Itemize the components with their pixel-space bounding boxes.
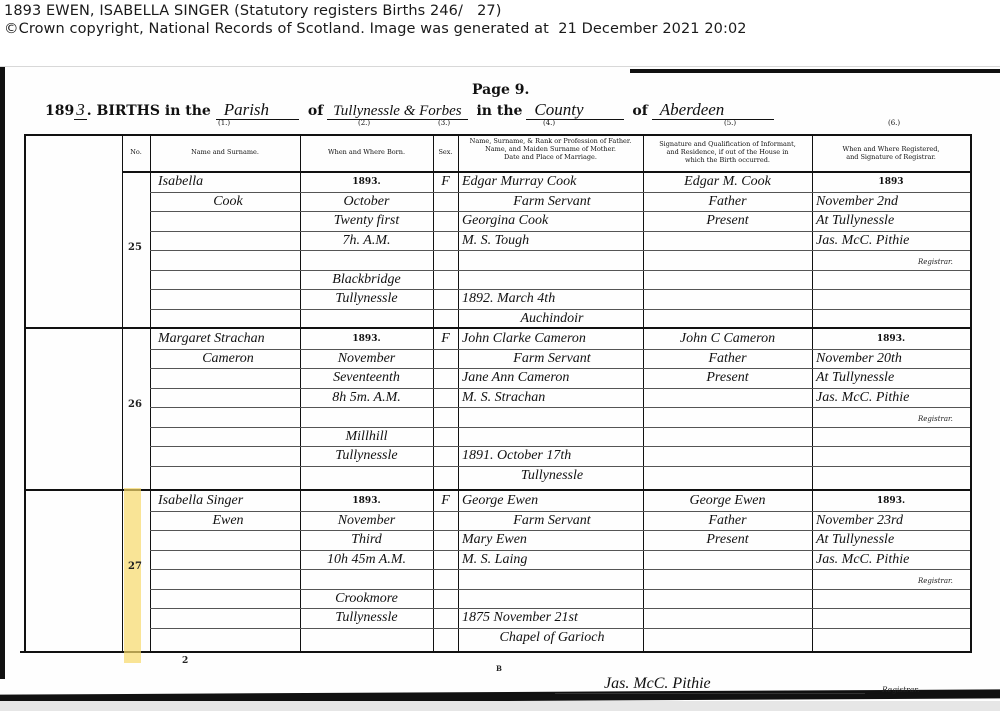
informant-relation: Father [643,194,812,210]
birth-month: November [300,351,433,367]
ruled-line [150,211,970,212]
header-informant-line2: and Residence, if out of the House in [643,148,812,156]
entry-divider-25 [24,327,971,329]
header-parents-line1: Name, Surname, & Rank or Profession of F… [458,137,643,145]
father-name: Edgar Murray Cook [462,174,642,190]
birth-time: 7h. A.M. [300,233,433,249]
year-prefix: 189 [45,103,74,119]
mother-maiden-surname: M. S. Laing [462,552,642,568]
ruled-line [150,446,970,447]
father-name: John Clarke Cameron [462,331,642,347]
marriage-place: Auchindoir [462,311,642,327]
ruled-line [150,569,970,570]
colnum-3: (3.) [438,119,450,127]
child-name-surname: Cook [158,194,298,210]
scan-left-edge [0,67,5,679]
birth-time: 8h 5m. A.M. [300,390,433,406]
ruled-line [150,608,970,609]
marriage-place: Chapel of Garioch [462,630,642,646]
entry-divider-26 [24,489,971,491]
entry-number: 26 [128,399,142,410]
registration-date: November 20th [816,351,970,367]
informant-presence: Present [643,532,812,548]
child-name-first: Margaret Strachan [158,331,298,347]
header-parents-line3: Date and Place of Marriage. [458,153,643,161]
sex: F [433,493,458,509]
registration-year: 1893 [812,174,970,190]
registrar-signature: Jas. McC. Pithie [816,552,970,568]
informant-signature: John C Cameron [643,331,812,347]
header-registered: When and Where Registered, and Signature… [812,145,970,161]
header-informant: Signature and Qualification of Informant… [643,140,812,164]
scan-top-edge [630,69,1000,73]
signature-registrar-label: Registrar. [882,685,919,694]
colnum-4: (4.) [543,119,555,127]
birth-time: 10h 45m A.M. [300,552,433,568]
header-when-where: When and Where Born. [300,148,433,156]
informant-presence: Present [643,370,812,386]
header-registered-line2: and Signature of Registrar. [812,153,970,161]
informant-signature: George Ewen [643,493,812,509]
child-name-first: Isabella [158,174,298,190]
footer-mark-left: 2 [182,656,188,666]
district-type: Parish [216,100,299,120]
page-number: Page 9. [472,82,529,98]
county-type: County [526,100,623,120]
record-title: 1893 EWEN, ISABELLA SINGER (Statutory re… [4,2,747,20]
registration-date: November 2nd [816,194,970,210]
registrar-signature: Jas. McC. Pithie [816,390,970,406]
ruled-line [150,427,970,428]
informant-relation: Father [643,351,812,367]
entry-number: 25 [128,242,142,253]
ruled-line [150,407,970,408]
in-the-label: in the [476,103,522,119]
birth-parish: Tullynessle [300,291,433,307]
birth-month: November [300,513,433,529]
birth-year: 1893. [300,493,433,509]
registrar-signature: Jas. McC. Pithie [816,233,970,249]
registration-place: At Tullynessle [816,532,970,548]
birth-year: 1893. [300,331,433,347]
ruled-line [150,250,970,251]
viewer-footer [0,701,1000,711]
registrar-label: Registrar. [918,258,953,266]
birth-parish: Tullynessle [300,610,433,626]
father-occupation: Farm Servant [462,194,642,210]
marriage-date: 1892. March 4th [462,291,642,307]
registration-date: November 23rd [816,513,970,529]
father-occupation: Farm Servant [462,351,642,367]
header-sex: Sex. [433,148,458,156]
colnum-2: (2.) [358,119,370,127]
birth-day: Third [300,532,433,548]
record-caption: 1893 EWEN, ISABELLA SINGER (Statutory re… [4,2,747,38]
informant-signature: Edgar M. Cook [643,174,812,190]
year-suffix: 3 [74,100,87,120]
marriage-date: 1875 November 21st [462,610,642,626]
births-label: . BIRTHS in the [87,103,211,119]
child-name-first: Isabella Singer [158,493,298,509]
registration-place: At Tullynessle [816,213,970,229]
marriage-date: 1891. October 17th [462,448,642,464]
mother-maiden-surname: M. S. Strachan [462,390,642,406]
county-name: Aberdeen [652,100,775,120]
header-informant-line3: which the Birth occurred. [643,156,812,164]
birth-year: 1893. [300,174,433,190]
entry-highlight [124,488,141,663]
table-top-border [24,134,971,136]
mother-name: Mary Ewen [462,532,642,548]
birth-place: Crookmore [300,591,433,607]
of-label-2: of [632,103,647,119]
mother-name: Jane Ann Cameron [462,370,642,386]
header-informant-line1: Signature and Qualification of Informant… [643,140,812,148]
footer-mark-mid: B [496,664,502,673]
registration-year: 1893. [812,331,970,347]
registrar-label: Registrar. [918,415,953,423]
registration-place: At Tullynessle [816,370,970,386]
header-bottom-border [122,171,971,173]
birth-day: Seventeenth [300,370,433,386]
header-parents-line2: Name, and Maiden Surname of Mother. [458,145,643,153]
of-label-1: of [308,103,323,119]
mother-name: Georgina Cook [462,213,642,229]
colnum-5: (5.) [724,119,736,127]
sex: F [433,331,458,347]
entry-number: 27 [128,561,142,572]
informant-relation: Father [643,513,812,529]
child-name-surname: Cameron [158,351,298,367]
birth-place: Blackbridge [300,272,433,288]
father-name: George Ewen [462,493,642,509]
header-parents: Name, Surname, & Rank or Profession of F… [458,137,643,161]
table-bottom-border [20,651,970,653]
register-heading: 1893. BIRTHS in the Parish ofTullynessle… [45,100,774,120]
registration-year: 1893. [812,493,970,509]
header-no: No. [122,148,150,156]
colnum-6: (6.) [888,119,900,127]
signature-line [555,693,865,694]
header-registered-line1: When and Where Registered, [812,145,970,153]
registrar-signature: Jas. McC. Pithie [604,675,711,693]
col-border-no [122,134,123,653]
col-border-left [24,134,26,653]
header-name: Name and Surname. [150,148,300,156]
ruled-line [150,289,970,290]
copyright-notice: ©Crown copyright, National Records of Sc… [4,20,747,38]
birth-month: October [300,194,433,210]
mother-maiden-surname: M. S. Tough [462,233,642,249]
child-name-surname: Ewen [158,513,298,529]
colnum-1: (1.) [218,119,230,127]
informant-presence: Present [643,213,812,229]
sex: F [433,174,458,190]
birth-parish: Tullynessle [300,448,433,464]
ruled-line [150,589,970,590]
father-occupation: Farm Servant [462,513,642,529]
ruled-line [150,368,970,369]
ruled-line [150,270,970,271]
district-name: Tullynessle & Forbes [327,103,467,120]
ruled-line [150,530,970,531]
birth-day: Twenty first [300,213,433,229]
birth-place: Millhill [300,429,433,445]
col-border-right [970,134,972,653]
registrar-label: Registrar. [918,577,953,585]
marriage-place: Tullynessle [462,468,642,484]
